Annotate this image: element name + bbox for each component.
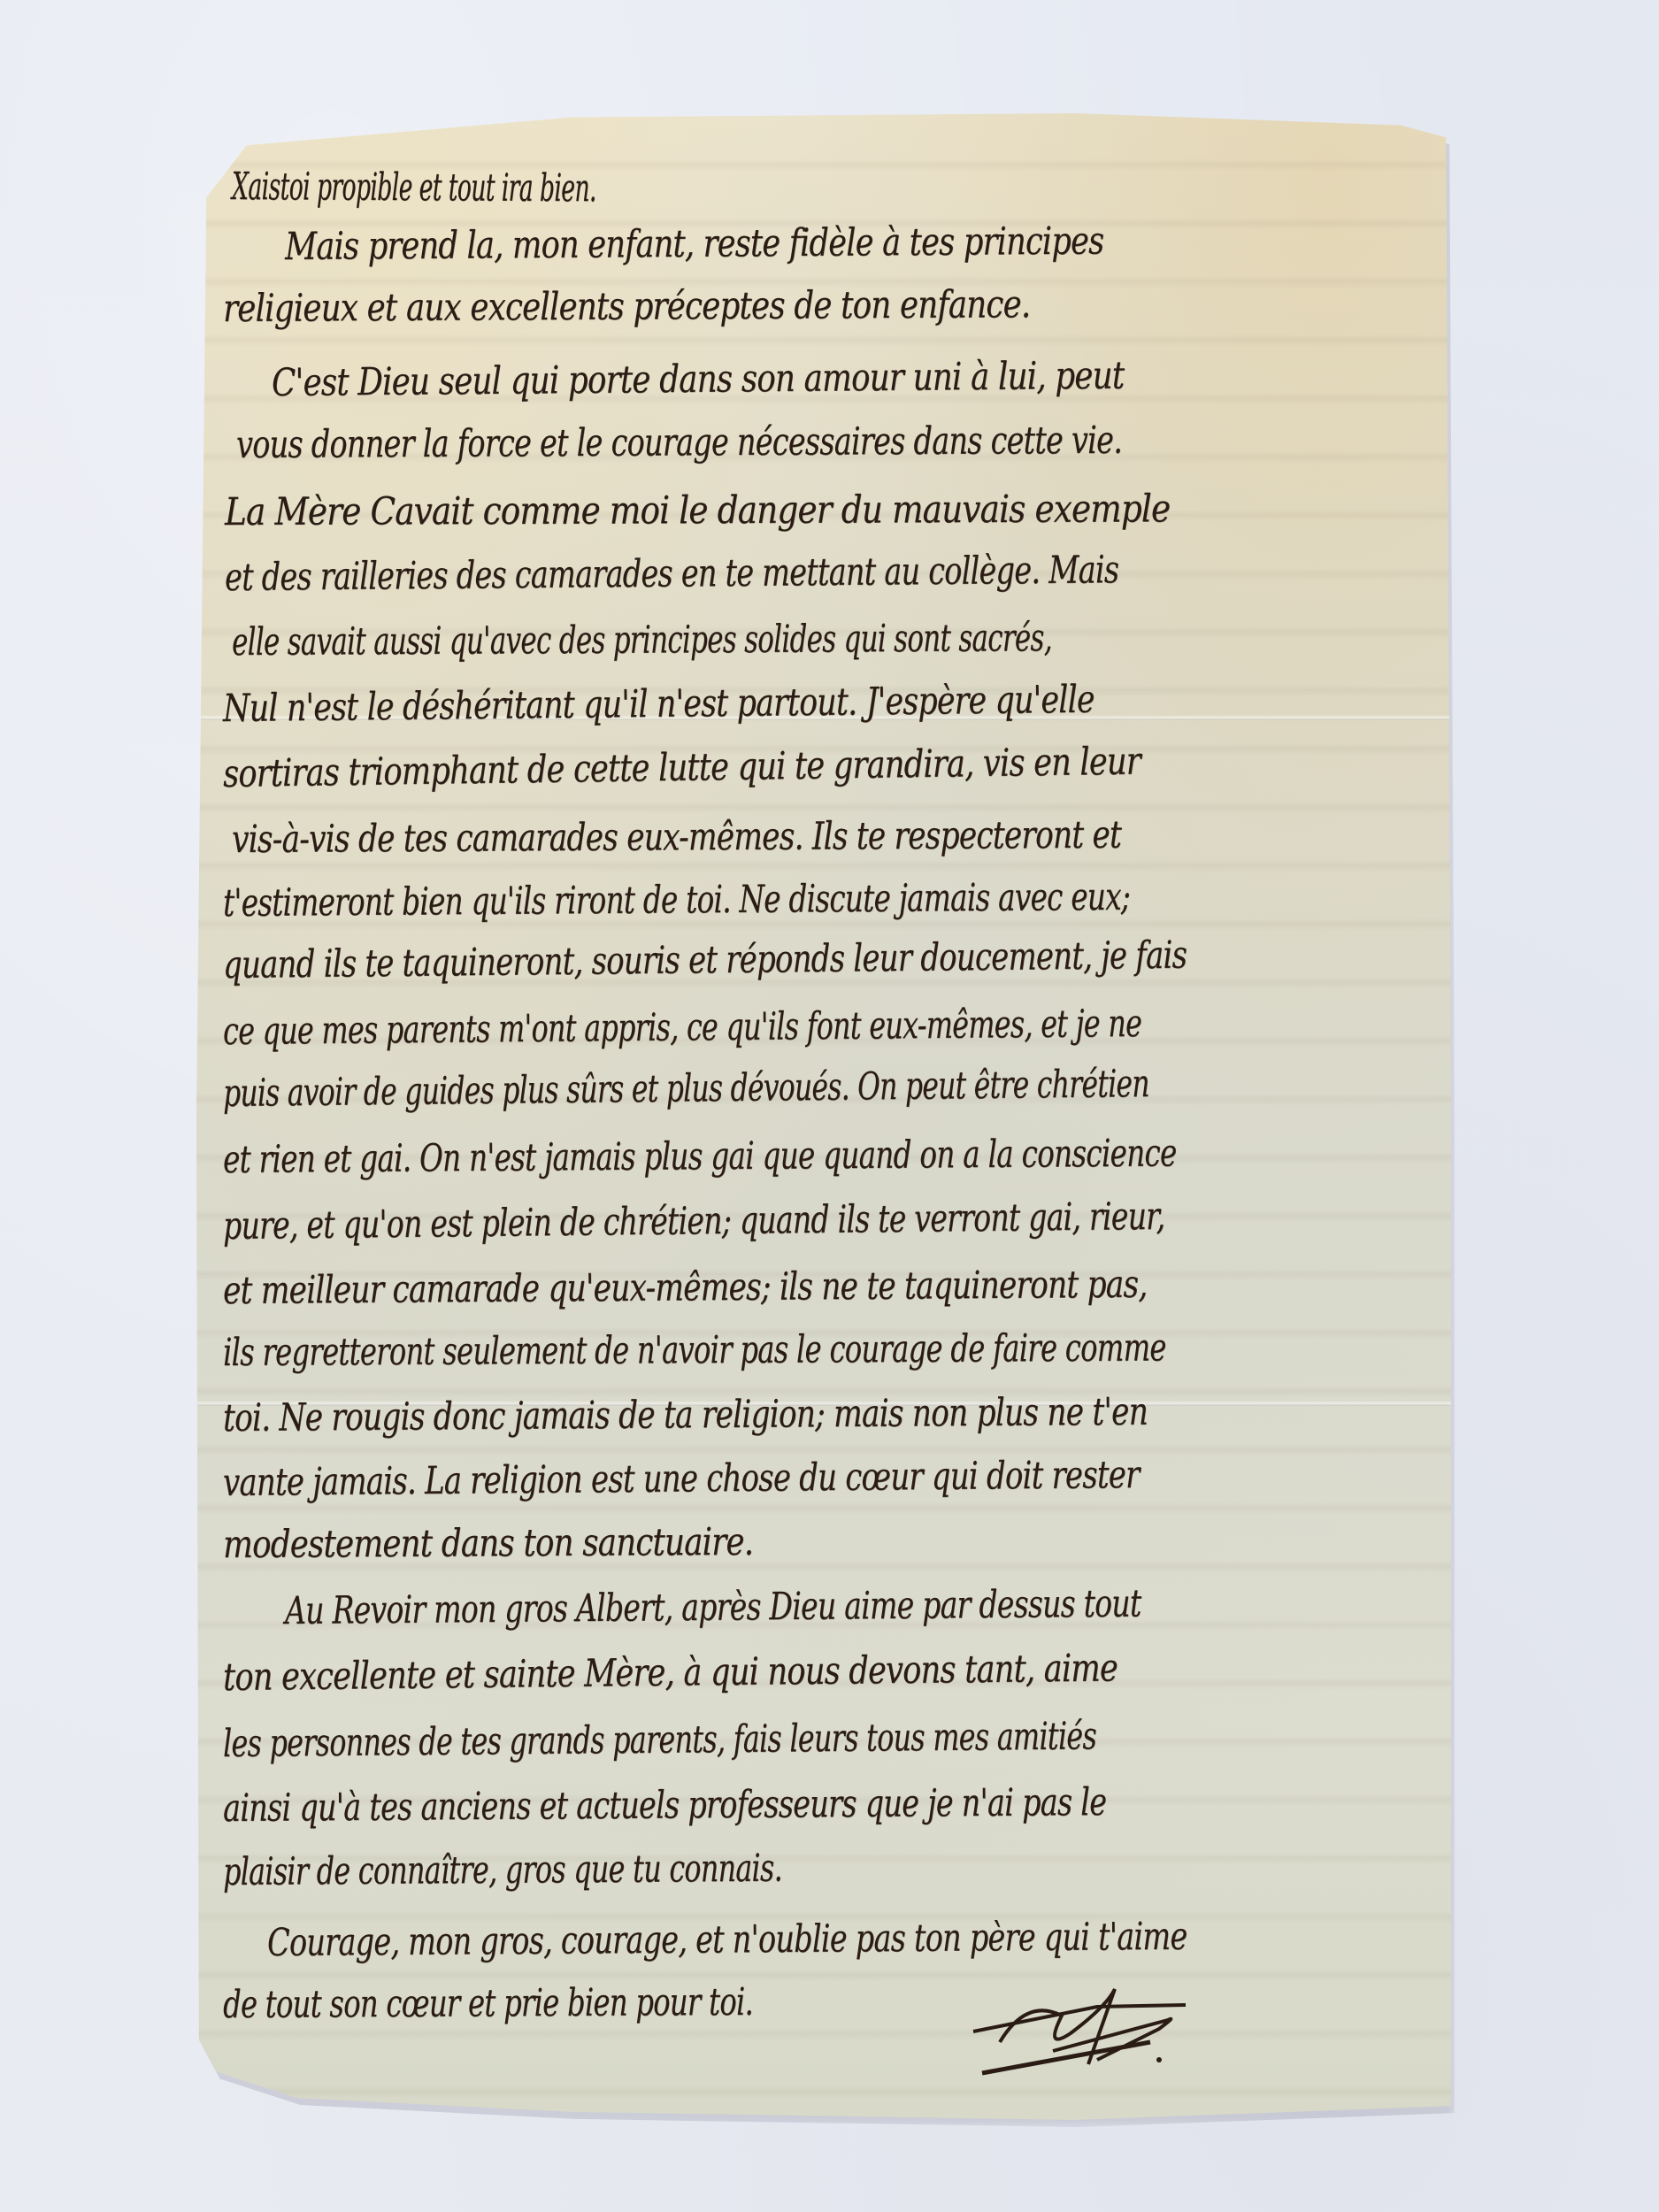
letter-line: ton excellente et sainte Mère, à qui nou… (223, 1646, 1118, 1700)
letter-line: religieux et aux excellents préceptes de… (223, 282, 1031, 331)
letter-line: elle savait aussi qu'avec des principes … (232, 616, 1052, 664)
letter-line: et des railleries des camarades en te me… (225, 548, 1119, 600)
letter-line: Mais prend la, mon enfant, reste fidèle … (285, 219, 1104, 269)
letter-line: plaisir de connaître, gros que tu connai… (223, 1847, 782, 1894)
letter-line: de tout son cœur et prie bien pour toi. (223, 1980, 753, 2027)
letter-line: La Mère Cavait comme moi le danger du ma… (225, 487, 1170, 534)
letter-line: t'estimeront bien qu'ils riront de toi. … (223, 875, 1130, 926)
letter-line: Nul n'est le déshéritant qu'il n'est par… (223, 678, 1094, 731)
letter-line: ils regretteront seulement de n'avoir pa… (223, 1325, 1166, 1375)
signature-flourish-icon (964, 1980, 1248, 2078)
letter-line: ainsi qu'à tes anciens et actuels profes… (223, 1780, 1107, 1831)
letter-line: vante jamais. La religion est une chose … (223, 1453, 1140, 1505)
letter-line: C'est Dieu seul qui porte dans son amour… (272, 354, 1125, 405)
letter-paper: Xaistoi propible et tout ira bien. Mais … (196, 113, 1451, 2120)
letter-line: modestement dans ton sanctuaire. (223, 1520, 753, 1567)
letter-line: et rien et gai. On n'est jamais plus gai… (223, 1131, 1177, 1182)
letter-line: vous donner la force et le courage néces… (236, 419, 1122, 467)
letter-line: ce que mes parents m'ont appris, ce qu'i… (223, 1002, 1141, 1054)
letter-line: vis-à-vis de tes camarades eux-mêmes. Il… (232, 813, 1121, 862)
letter-line: toi. Ne rougis donc jamais de ta religio… (223, 1390, 1148, 1440)
letter-line: et meilleur camarade qu'eux-mêmes; ils n… (223, 1263, 1148, 1313)
signature: Ta père (964, 1980, 1248, 2078)
letter-line: Courage, mon gros, courage, et n'oublie … (267, 1915, 1187, 1965)
letter-line: les personnes de tes grands parents, fai… (223, 1714, 1096, 1766)
letter-line: Xaistoi propible et tout ira bien. (232, 165, 596, 211)
letter-line: Au Revoir mon gros Albert, après Dieu ai… (285, 1582, 1141, 1633)
